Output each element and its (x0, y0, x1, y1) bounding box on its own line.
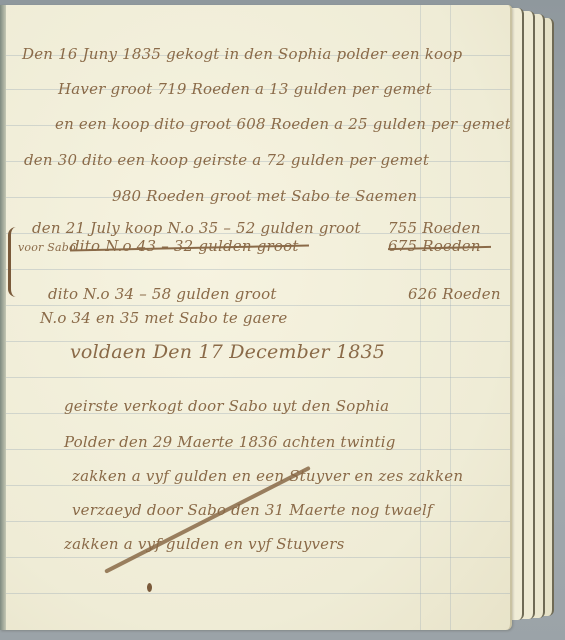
line-10-paid: voldaen Den 17 December 1835 (70, 341, 385, 363)
line-6-amount: 755 Roeden (388, 219, 481, 237)
line-14: verzaeyd door Sabo den 31 Maerte nog twa… (72, 501, 433, 519)
ruled-line (6, 557, 510, 558)
ruled-line (6, 377, 510, 378)
ruled-line (6, 521, 510, 522)
line-8-amount: 626 Roeden (408, 285, 501, 303)
ruled-line (6, 593, 510, 594)
line-1: Den 16 Juny 1835 gekogt in den Sophia po… (22, 45, 462, 63)
margin-brace (8, 227, 19, 297)
ruled-line (6, 269, 510, 270)
line-15: zakken a vyf gulden en vyf Stuyvers (64, 535, 345, 553)
notebook-page: Den 16 Juny 1835 gekogt in den Sophia po… (0, 5, 512, 630)
line-2: Haver groot 719 Roeden a 13 gulden per g… (58, 80, 432, 98)
line-6: den 21 July koop N.o 35 – 52 gulden groo… (32, 219, 361, 237)
margin-note: voor Sabo (18, 241, 76, 254)
line-7-amount-struck: 675 Roeden (388, 237, 481, 255)
column-rule (420, 5, 421, 630)
line-3: en een koop dito groot 608 Roeden a 25 g… (55, 115, 511, 133)
line-12: Polder den 29 Maerte 1836 achten twintig (64, 433, 396, 451)
ruled-line (6, 305, 510, 306)
binding-spine (0, 5, 6, 630)
line-13: zakken a vyf gulden en een Stuyver en ze… (72, 467, 463, 485)
line-7-struck: dito N.o 43 – 32 gulden groot (70, 237, 299, 255)
line-5: 980 Roeden groot met Sabo te Saemen (112, 187, 417, 205)
line-4: den 30 dito een koop geirste a 72 gulden… (24, 151, 429, 169)
ink-blot (147, 583, 152, 592)
line-8: dito N.o 34 – 58 gulden groot (48, 285, 277, 303)
line-11: geirste verkogt door Sabo uyt den Sophia (64, 397, 389, 415)
column-rule (450, 5, 451, 630)
line-9: N.o 34 en 35 met Sabo te gaere (40, 309, 287, 327)
ruled-line (6, 485, 510, 486)
